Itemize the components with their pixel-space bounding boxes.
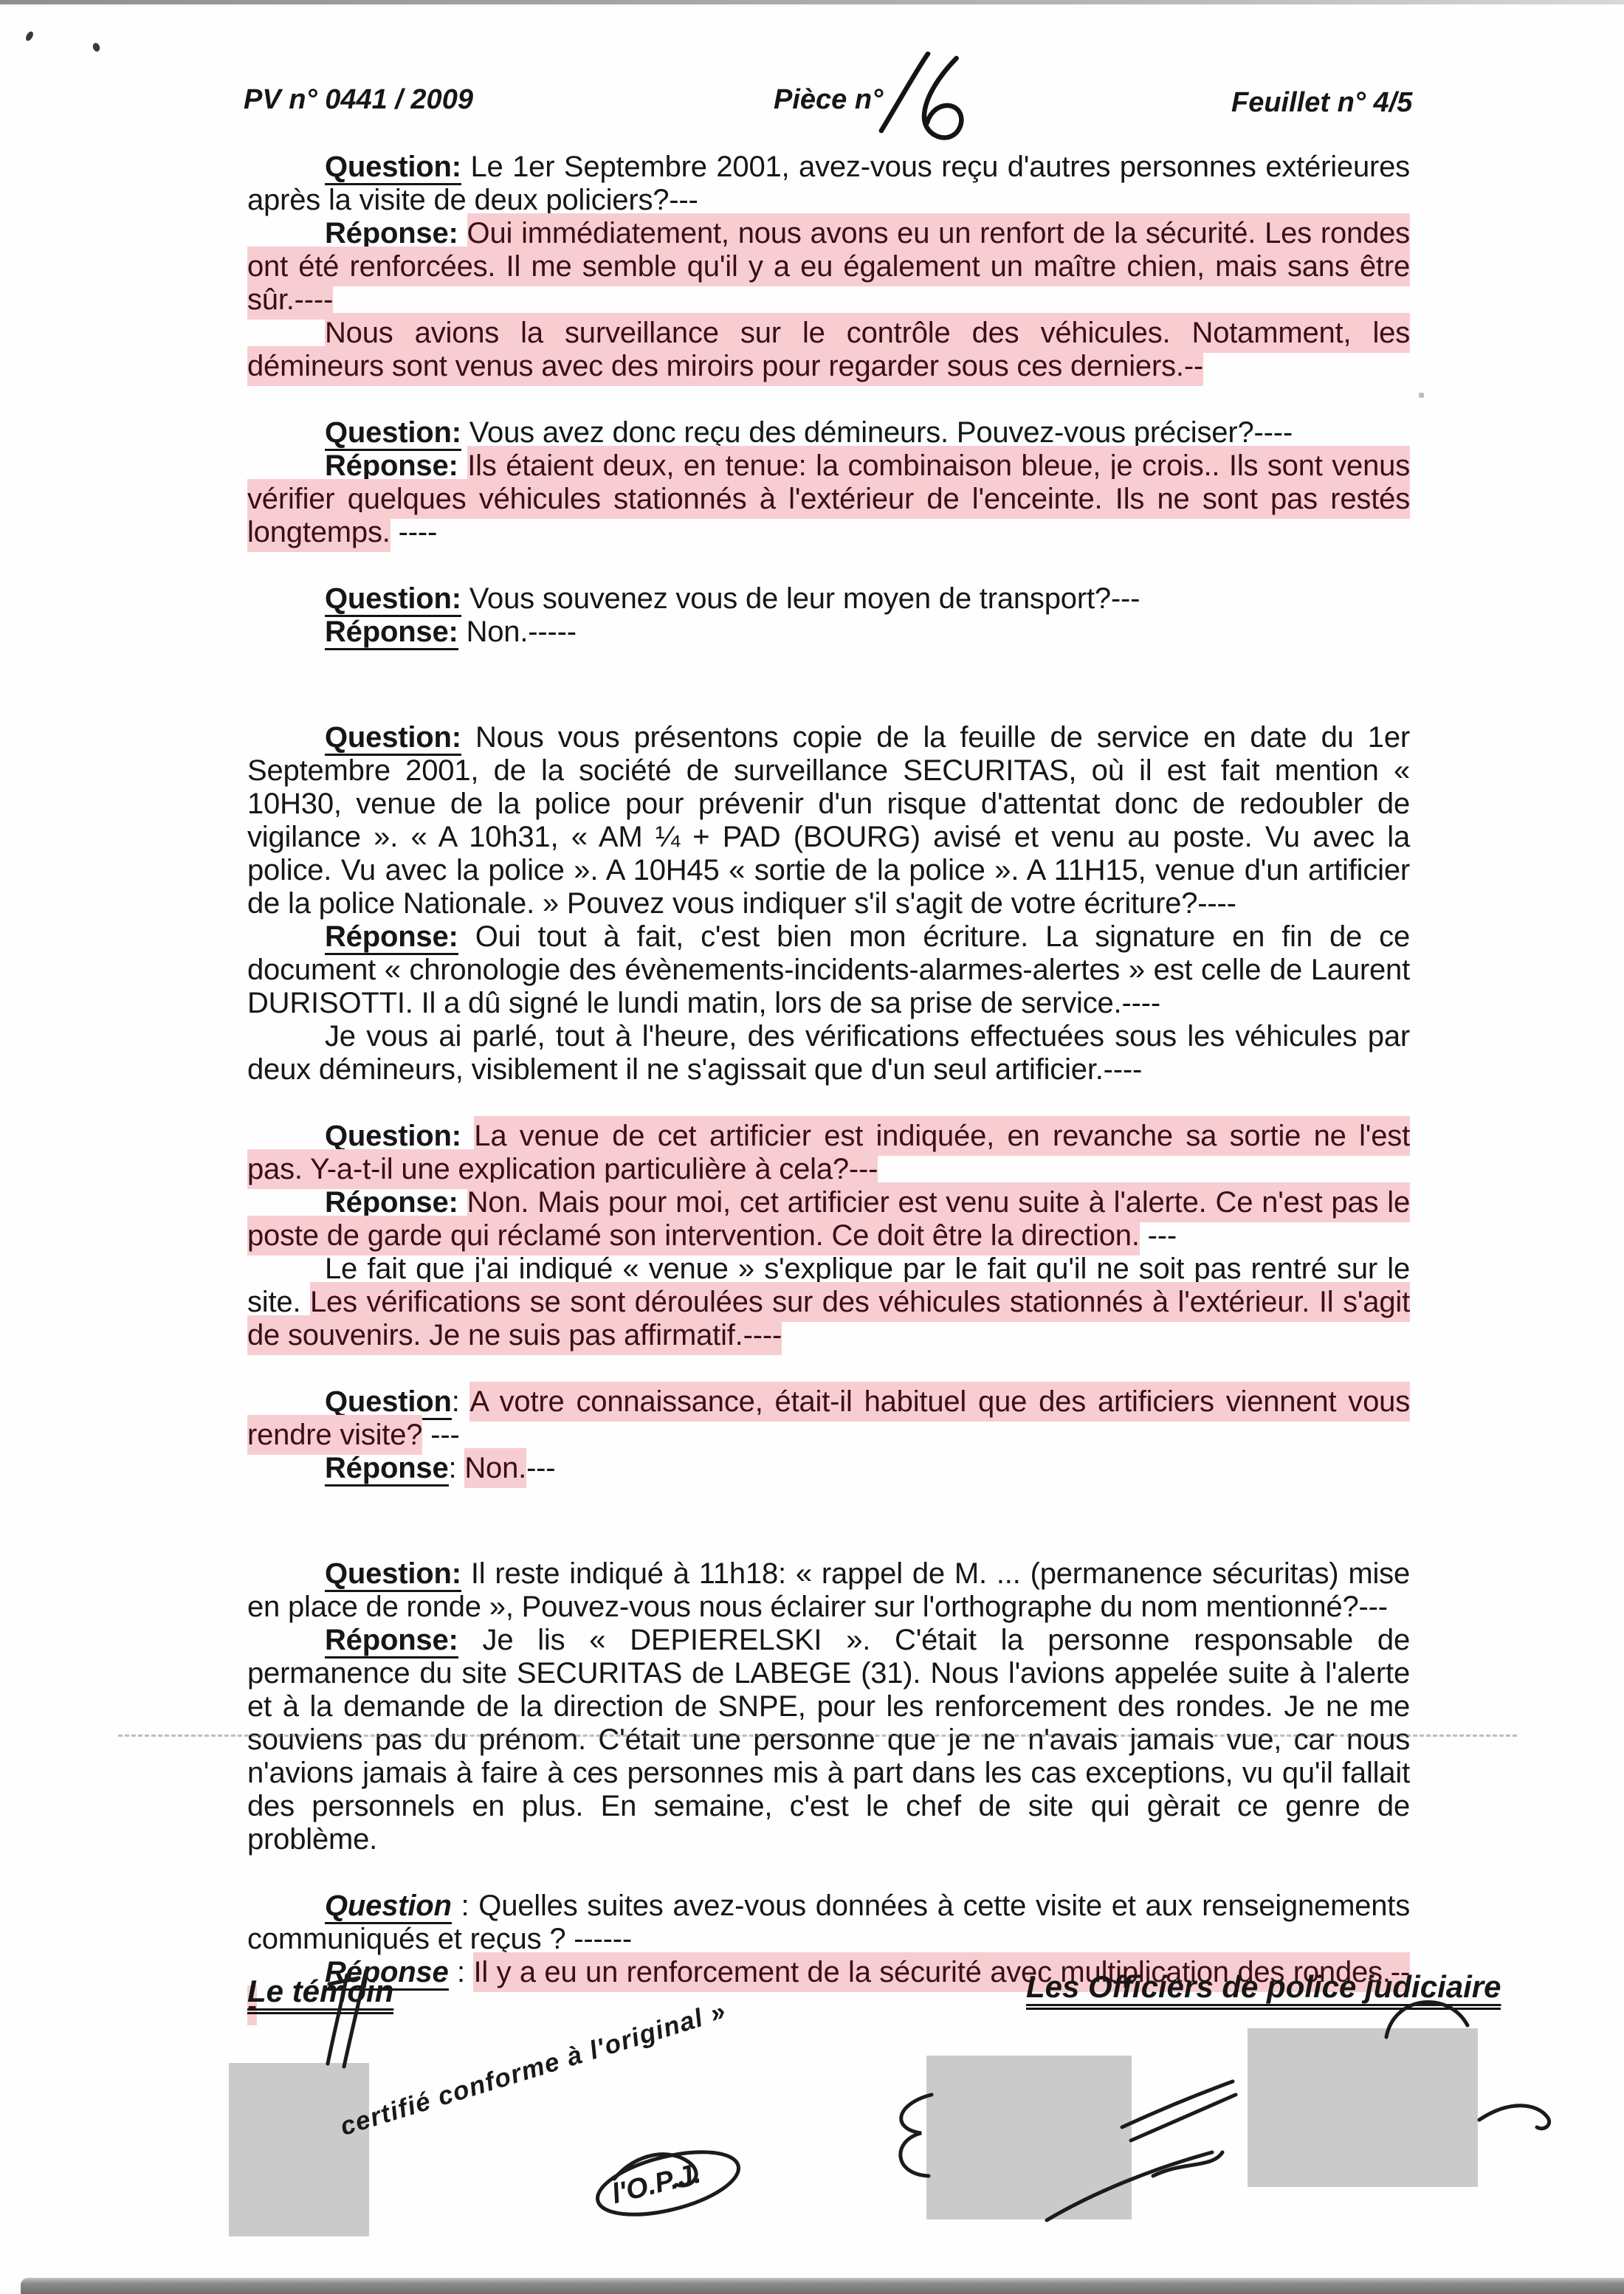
piece-number-handwritten [873, 47, 977, 149]
redaction-block [1248, 2028, 1478, 2187]
body-text: --- [422, 1419, 459, 1451]
qa-paragraph: Réponse: Oui tout à fait, c'est bien mon… [247, 920, 1410, 1020]
qa-label: Question: [325, 721, 461, 756]
scan-top-edge [0, 0, 1624, 4]
body-text: Vous souvenez vous de leur moyen de tran… [461, 582, 1140, 615]
qa-label: Question: [325, 1557, 461, 1592]
body-text [458, 217, 467, 249]
qa-paragraph: Réponse: Non.----- [247, 616, 1410, 649]
body-text: Je lis « DEPIERELSKI ». C'était la perso… [247, 1624, 1410, 1856]
qa-label: Réponse: [325, 616, 458, 650]
qa-paragraph: Réponse: Non.--- [247, 1452, 1410, 1485]
scan-speck [92, 42, 101, 52]
qa-label: Réponse: [325, 1624, 458, 1658]
highlighted-text: Nous avions la surveillance sur le contr… [247, 313, 1410, 386]
scan-speck [24, 30, 35, 42]
body-text: : [449, 1452, 465, 1484]
qa-list: Question: Le 1er Septembre 2001, avez-vo… [247, 151, 1410, 2022]
highlighted-text: Les vérifications se sont déroulées sur … [247, 1282, 1410, 1355]
qa-label: Question: [325, 416, 461, 451]
body-text: : [452, 1385, 470, 1418]
qa-paragraph: Question: Vous avez donc reçu des démine… [247, 416, 1410, 449]
body-text: Je vous ai parlé, tout à l'heure, des vé… [247, 1020, 1410, 1086]
body-text: : [449, 1956, 474, 1988]
qa-paragraph: Question: A votre connaissance, était-il… [247, 1385, 1410, 1452]
feuillet-number: Feuillet n° 4/5 [1231, 87, 1412, 119]
qa-label: Réponse [325, 1452, 449, 1487]
scan-bottom-edge [21, 2278, 1624, 2294]
highlighted-text: Non. [464, 1448, 526, 1488]
qa-label: Réponse: [325, 920, 458, 955]
pv-number: PV n° 0441 / 2009 [244, 84, 473, 116]
witness-heading: Le témoin [247, 1974, 393, 2014]
redaction-block [926, 2056, 1132, 2219]
qa-paragraph: Réponse: Ils étaient deux, en tenue: la … [247, 449, 1410, 549]
answer-continuation-paragraph: Nous avions la surveillance sur le contr… [247, 317, 1410, 383]
officers-heading: Les Officiers de police judiciaire [1026, 1969, 1501, 2010]
body-text: Non.----- [458, 616, 577, 648]
qa-label: Question: [325, 151, 461, 185]
qa-paragraph: Question: Le 1er Septembre 2001, avez-vo… [247, 151, 1410, 217]
qa-paragraph: Question: La venue de cet artificier est… [247, 1120, 1410, 1186]
scan-dashed-artifact [118, 1735, 1517, 1737]
qa-paragraph: Réponse: Oui immédiatement, nous avons e… [247, 217, 1410, 317]
qa-paragraph: Question: Vous souvenez vous de leur moy… [247, 582, 1410, 616]
body-text: ---- [390, 516, 437, 548]
opj-handwriting: l'O.P.J. [609, 2158, 704, 2211]
answer-continuation-paragraph: Le fait que j'ai indiqué « venue » s'exp… [247, 1253, 1410, 1352]
redaction-block [229, 2063, 369, 2236]
qa-paragraph: Question : Quelles suites avez-vous donn… [247, 1890, 1410, 1956]
scanned-police-transcript-page: PV n° 0441 / 2009 Pièce n° Feuillet n° 4… [0, 0, 1624, 2294]
qa-label: Question [325, 1890, 452, 1924]
qa-paragraph: Question: Nous vous présentons copie de … [247, 721, 1410, 920]
handwritten-16-strokes [873, 47, 977, 145]
answer-continuation-paragraph: Je vous ai parlé, tout à l'heure, des vé… [247, 1020, 1410, 1086]
body-text [458, 1186, 467, 1219]
qa-paragraph: Réponse: Non. Mais pour moi, cet artific… [247, 1186, 1410, 1253]
body-text [461, 1120, 474, 1152]
qa-paragraph: Réponse: Je lis « DEPIERELSKI ». C'était… [247, 1624, 1410, 1856]
qa-label: Question: [325, 582, 461, 617]
body-text: --- [526, 1452, 555, 1484]
body-text: --- [1140, 1219, 1177, 1252]
piece-number-label: Pièce n° [774, 84, 883, 116]
scan-speck [1419, 393, 1424, 398]
body-text [458, 449, 468, 482]
body-text: Vous avez donc reçu des démineurs. Pouve… [461, 416, 1293, 449]
qa-paragraph: Question: Il reste indiqué à 11h18: « ra… [247, 1557, 1410, 1624]
